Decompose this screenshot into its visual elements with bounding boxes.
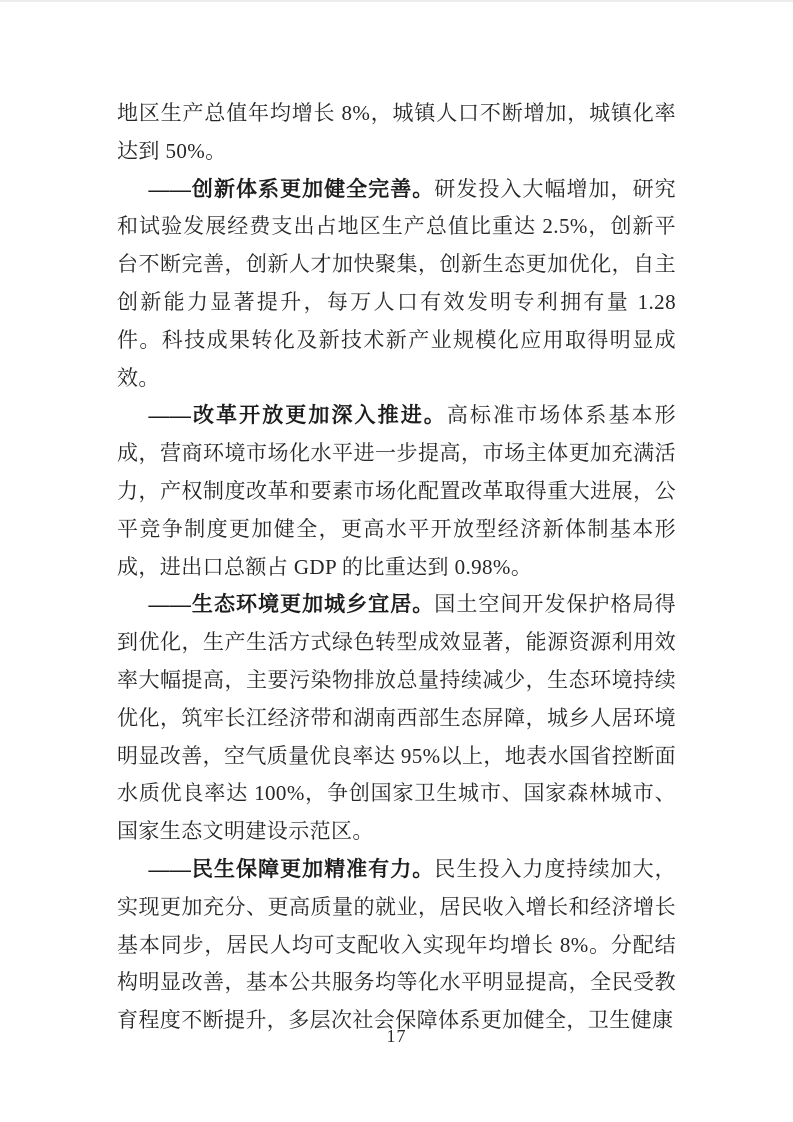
paragraph: ——改革开放更加深入推进。高标准市场体系基本形成，营商环境市场化水平进一步提高，…	[117, 397, 676, 586]
paragraph-lead: ——民生保障更加精准有力。	[149, 857, 435, 881]
paragraph-lead: ——生态环境更加城乡宜居。	[149, 592, 435, 616]
paragraph-lead: ——改革开放更加深入推进。	[149, 403, 447, 427]
paragraph-body: 地区生产总值年均增长 8%，城镇人口不断增加，城镇化率达到 50%。	[117, 101, 676, 163]
paragraph-body: 研发投入大幅增加，研究和试验发展经费支出占地区生产总值比重达 2.5%，创新平台…	[117, 177, 676, 390]
page-number: 17	[0, 1026, 793, 1047]
paragraph-lead: ——创新体系更加健全完善。	[149, 177, 435, 201]
paragraph-body: 高标准市场体系基本形成，营商环境市场化水平进一步提高，市场主体更加充满活力，产权…	[117, 403, 676, 578]
paragraph: ——生态环境更加城乡宜居。国土空间开发保护格局得到优化，生产生活方式绿色转型成效…	[117, 586, 676, 851]
paragraph-body: 民生投入力度持续加大，实现更加充分、更高质量的就业，居民收入增长和经济增长基本同…	[117, 857, 676, 1032]
document-page: 地区生产总值年均增长 8%，城镇人口不断增加，城镇化率达到 50%。 ——创新体…	[0, 0, 793, 1122]
paragraph: ——民生保障更加精准有力。民生投入力度持续加大，实现更加充分、更高质量的就业，居…	[117, 851, 676, 1040]
paragraph-body: 国土空间开发保护格局得到优化，生产生活方式绿色转型成效显著，能源资源利用效率大幅…	[117, 592, 676, 843]
document-body: 地区生产总值年均增长 8%，城镇人口不断增加，城镇化率达到 50%。 ——创新体…	[117, 95, 676, 1040]
scan-edge-artifact	[0, 0, 793, 2]
paragraph: ——创新体系更加健全完善。研发投入大幅增加，研究和试验发展经费支出占地区生产总值…	[117, 171, 676, 398]
paragraph: 地区生产总值年均增长 8%，城镇人口不断增加，城镇化率达到 50%。	[117, 95, 676, 171]
